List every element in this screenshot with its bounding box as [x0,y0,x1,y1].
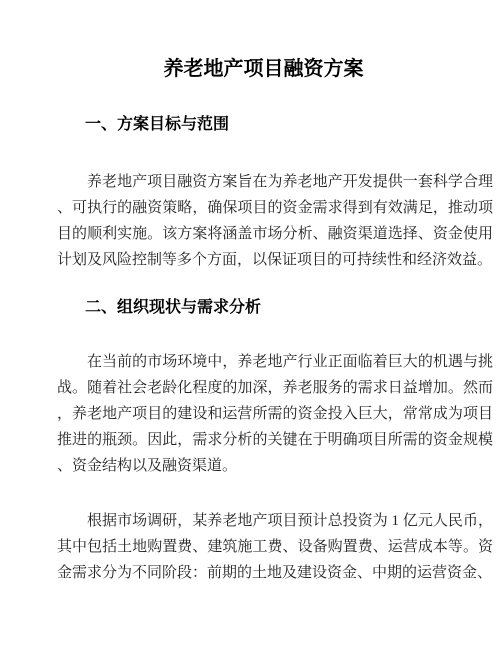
paragraph: 根据市场调研，某养老地产项目预计总投资为 1 亿元人民币，其中包括土地购置费、建… [57,508,493,586]
section-heading-1: 一、方案目标与范围 [85,115,490,135]
document-title: 养老地产项目融资方案 [57,56,470,82]
document-page: 养老地产项目融资方案 一、方案目标与范围 养老地产项目融资方案旨在为养老地产开发… [0,0,500,647]
paragraph: 养老地产项目融资方案旨在为养老地产开发提供一套科学合理、可执行的融资策略，确保项… [57,169,493,273]
section-heading-2: 二、组织现状与需求分析 [85,298,490,318]
paragraph: 在当前的市场环境中，养老地产行业正面临着巨大的机遇与挑战。随着社会老龄化程度的加… [57,349,493,479]
